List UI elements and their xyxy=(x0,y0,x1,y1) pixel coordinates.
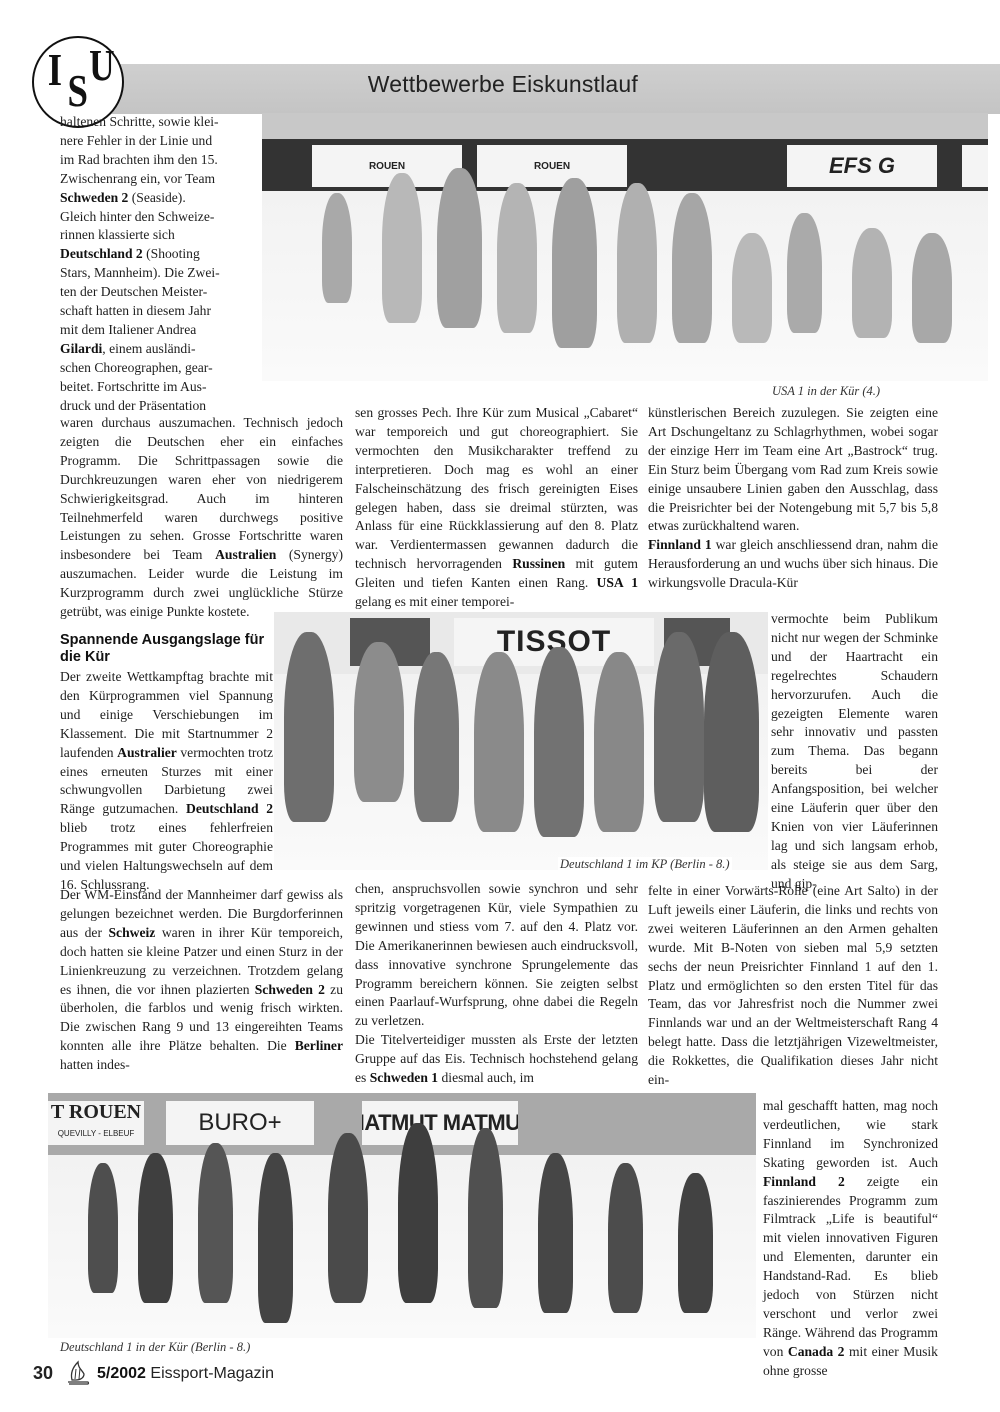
photo-caption-deutschland1-kuer: Deutschland 1 in der Kür (Berlin - 8.) xyxy=(60,1340,250,1355)
banner-buro-plus: BURO+ xyxy=(166,1101,314,1145)
banner-rouen-2: ROUEN xyxy=(477,145,627,187)
page-number: 30 xyxy=(33,1363,53,1384)
article-col2-bottom: chen, anspruchsvollen sowie synchron und… xyxy=(355,880,638,1088)
article-col2-top: sen grosses Pech. Ihre Kür zum Musical „… xyxy=(355,404,638,612)
photo-deutschland1-kp: TISSOT xyxy=(274,612,768,870)
article-col1-para3: Der zweite Wettkampftag brachte mit den … xyxy=(60,668,273,895)
subheading: Spannende Ausgangslage für die Kür xyxy=(60,632,275,666)
banner-rouen: T ROUENQUEVILLY - ELBEUF xyxy=(48,1101,144,1145)
article-col3-narrow1: vermochte beim Publikum nicht nur wegen … xyxy=(771,610,938,894)
section-title: Wettbewerbe Eiskunstlauf xyxy=(368,71,638,98)
banner-rouen-1: ROUEN xyxy=(312,145,462,187)
logo-letter-u: U xyxy=(89,40,114,91)
issue-number: 5/2002 xyxy=(97,1365,146,1382)
photo-usa1: ROUEN ROUEN EFS G xyxy=(262,113,988,381)
article-col3-narrow2: mal geschafft hatten, mag noch verdeutli… xyxy=(763,1097,938,1381)
skate-logo-icon xyxy=(66,1360,90,1386)
magazine-name: Eissport-Magazin xyxy=(150,1365,274,1382)
photo-caption-usa1: USA 1 in der Kür (4.) xyxy=(772,384,880,399)
team-schweden2: Schweden 2 xyxy=(60,190,128,205)
article-col3-top: künstlerischen Bereich zuzulegen. Sie ze… xyxy=(648,404,938,593)
article-col1-para2: waren durchaus auszumachen. Technisch je… xyxy=(60,414,343,622)
banner-efsg: EFS G xyxy=(787,145,937,187)
article-col1-para4: Der WM-Einstand der Mannheimer darf gewi… xyxy=(60,886,343,1075)
logo-letter-i: I xyxy=(48,43,62,96)
footer-issue: 5/2002 Eissport-Magazin xyxy=(97,1365,274,1383)
photo-deutschland1-kuer: T ROUENQUEVILLY - ELBEUF BURO+ MATMUT MA… xyxy=(48,1093,756,1338)
logo-letter-s: S xyxy=(68,64,88,117)
article-col3-mid: felte in einer Vorwärts-Rolle (eine Art … xyxy=(648,882,938,1090)
photo-caption-deutschland1-kp: Deutschland 1 im KP (Berlin - 8.) xyxy=(558,857,732,872)
article-col1-top: haltenen Schritte, sowie klei- nere Fehl… xyxy=(60,113,258,416)
